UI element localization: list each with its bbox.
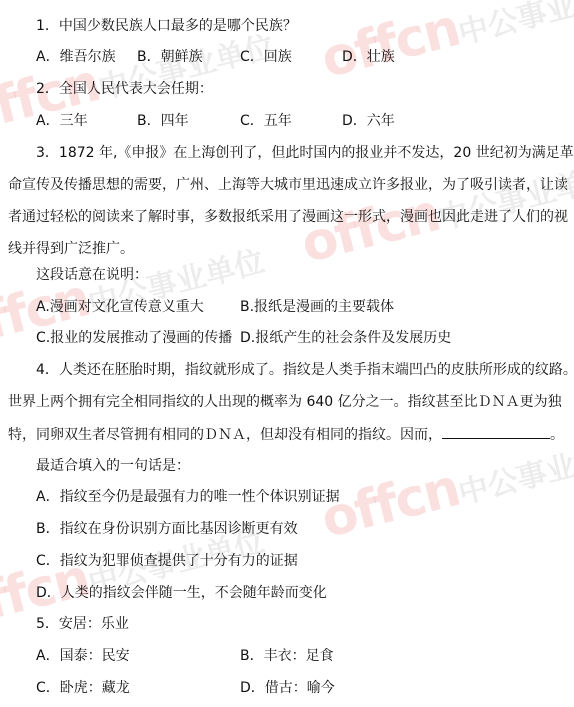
option-a: A．国泰：民安 xyxy=(36,646,130,666)
question-4-option-a: A．指纹至今仍是最强有力的唯一性个体识别证据 xyxy=(36,487,340,507)
question-4-prompt: 最适合填入的一句话是： xyxy=(36,456,190,476)
question-5-stem: 5．安居：乐业 xyxy=(36,614,129,634)
question-4-stem-line-2: 世界上两个拥有完全相同指纹的人出现的概率为 640 亿分之一。指纹甚至比ＤＮＡ更… xyxy=(8,392,562,412)
question-2-stem: 2．全国人民代表大会任期： xyxy=(36,79,213,99)
question-3-stem-line-1: 3．1872 年,《申报》在上海创刊了，但此时国内的报业并不发达，20 世纪初为… xyxy=(36,143,574,163)
option-d: D．六年 xyxy=(342,111,395,131)
option-a: A．三年 xyxy=(36,111,88,131)
option-c: C．卧虎：藏龙 xyxy=(36,678,130,698)
option-d: D．借古：喻今 xyxy=(240,678,335,698)
answer-blank xyxy=(442,424,550,439)
question-1-stem: 1．中国少数民族人口最多的是哪个民族？ xyxy=(36,16,297,36)
question-4-option-d: D．人类的指纹会伴随一生，不会随年龄而变化 xyxy=(36,583,327,603)
question-4-stem-line-3: 特，同卵双生者尽管拥有相同的ＤＮＡ，但却没有相同的指纹。因而，。 xyxy=(8,424,564,444)
option-b: B．丰衣：足食 xyxy=(240,646,334,666)
option-a: A．维吾尔族 xyxy=(36,47,116,67)
question-3-prompt: 这段话意在说明： xyxy=(36,265,148,285)
option-d: D．壮族 xyxy=(342,47,395,67)
question-4-option-c: C．指纹为犯罪侦查提供了十分有力的证据 xyxy=(36,551,298,571)
option-c: C．回族 xyxy=(240,47,292,67)
option-a: A.漫画对文化宣传意义重大 xyxy=(36,297,204,317)
watermark: offcn中公事业单位 xyxy=(315,0,574,90)
option-b: B．四年 xyxy=(137,111,189,131)
option-c: C.报业的发展推动了漫画的传播 xyxy=(36,328,232,348)
question-3-stem-line-2: 命宣传及传播思想的需要，广州、上海等大城市里迅速成立许多报业，为了吸引读者，让读 xyxy=(8,175,568,195)
question-3-stem-line-4: 线并得到广泛推广。 xyxy=(8,239,134,259)
option-d: D.报纸产生的社会条件及发展历史 xyxy=(240,328,451,348)
option-b: B．朝鲜族 xyxy=(137,47,203,67)
question-4-option-b: B．指纹在身份识别方面比基因诊断更有效 xyxy=(36,519,298,539)
question-3-stem-line-3: 者通过轻松的阅读来了解时事，多数报纸采用了漫画这一形式，漫画也因此走进了人们的视 xyxy=(8,207,568,227)
option-c: C．五年 xyxy=(240,111,292,131)
question-4-stem-line-1: 4．人类还在胚胎时期，指纹就形成了。指纹是人类手指末端凹凸的皮肤所形成的纹路。 xyxy=(36,360,574,380)
option-b: B.报纸是漫画的主要载体 xyxy=(240,297,394,317)
